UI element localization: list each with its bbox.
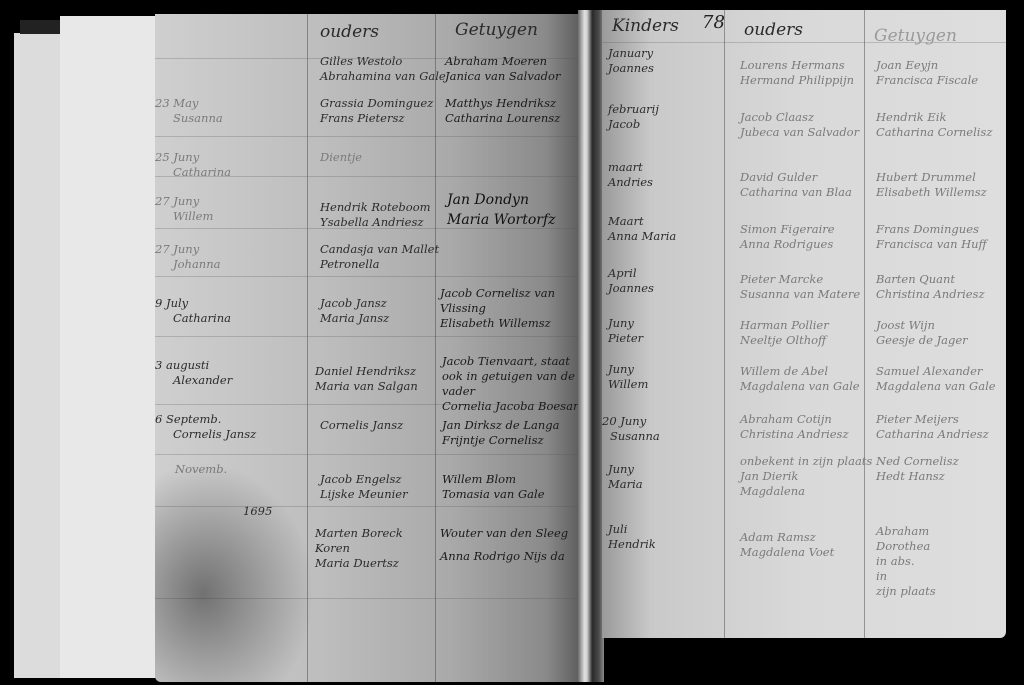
entry-date-child: JanuaryJoannes [608, 46, 654, 76]
entry-date-child: februarijJacob [608, 102, 659, 132]
blank-front-sheet [60, 16, 161, 678]
entry-parents: Dientje [320, 150, 362, 165]
book-gutter [578, 10, 604, 682]
entry-witnesses: Matthys HendrikszCatharina Lourensz [445, 96, 560, 126]
folio-number: 78 [702, 12, 725, 33]
entry-date-child: 25 JunyCatharina [155, 150, 231, 180]
entry-parents: Grassia DominguezFrans Pietersz [320, 96, 433, 126]
entry-parents: Simon FigeraireAnna Rodrigues [740, 222, 835, 252]
entry-witnesses: Barten QuantChristina Andriesz [876, 272, 985, 302]
entry-witnesses: Joan EeyjnFrancisca Fiscale [876, 58, 978, 88]
entry-date-child: 23 MaySusanna [155, 96, 223, 126]
column-divider [307, 14, 308, 682]
entry-parents: Lourens HermansHermand Philippijn [740, 58, 854, 88]
header-witnesses: Getuygen [455, 20, 538, 40]
entry-date-child: 6 Septemb.Cornelis Jansz [155, 412, 256, 442]
row-divider [155, 454, 580, 455]
entry-witnesses: Willem BlomTomasia van Gale [442, 472, 545, 502]
entry-date-child: JunyPieter [608, 316, 643, 346]
entry-witnesses: Abraham MoerenJanica van Salvador [445, 54, 560, 84]
entry-parents: Harman PollierNeeltje Olthoff [740, 318, 829, 348]
row-divider [155, 136, 580, 137]
column-divider [724, 10, 725, 638]
entry-date-child: 27 JunyJohanna [155, 242, 220, 272]
column-divider [864, 10, 865, 638]
right-page: Kinders 78 ouders Getuygen JanuaryJoanne… [602, 10, 1006, 638]
entry-date-child: MaartAnna Maria [608, 214, 676, 244]
entry-parents: David GulderCatharina van Blaa [740, 170, 852, 200]
entry-parents: Adam RamszMagdalena Voet [740, 530, 834, 560]
entry-parents: Cornelis Jansz [320, 418, 403, 433]
entry-witnesses: AbrahamDorotheain abs.inzijn plaats [876, 524, 936, 599]
entry-parents: Abraham CotijnChristina Andriesz [740, 412, 849, 442]
left-page: ouders Getuygen Gilles WestoloAbrahamina… [155, 14, 580, 682]
entry-date-child: 9 JulyCatharina [155, 296, 231, 326]
row-divider [155, 276, 580, 277]
entry-parents: Hendrik RoteboomYsabella Andriesz [320, 200, 431, 230]
entry-witnesses: Hendrik EikCatharina Cornelisz [876, 110, 992, 140]
header-parents: ouders [320, 22, 379, 42]
header-witnesses: Getuygen [874, 26, 957, 46]
entry-witnesses: Jacob Cornelisz vanVlissingElisabeth Wil… [440, 286, 555, 331]
entry-date-child: JunyWillem [608, 362, 648, 392]
entry-witnesses: Frans DominguesFrancisca van Huff [876, 222, 987, 252]
entry-parents: Willem de AbelMagdalena van Gale [740, 364, 860, 394]
column-divider [435, 14, 436, 682]
entry-date-child: maartAndries [608, 160, 653, 190]
entry-witnesses: Hubert DrummelElisabeth Willemsz [876, 170, 987, 200]
entry-date-child: 3 augustiAlexander [155, 358, 232, 388]
entry-parents: Daniel HendrikszMaria van Salgan [315, 364, 418, 394]
entry-date-child: 20 JunySusanna [602, 414, 660, 444]
entry-date-child: JuliHendrik [608, 522, 656, 552]
entry-witnesses: Jan Dirksz de LangaFrijntje Cornelisz [442, 418, 559, 448]
binding-tab [20, 20, 60, 34]
entry-witnesses: Samuel AlexanderMagdalena van Gale [876, 364, 996, 394]
entry-witnesses: Jacob Tienvaart, staatook in getuigen va… [442, 354, 578, 414]
entry-parents: Candasja van MalletPetronella [320, 242, 439, 272]
row-divider [155, 506, 580, 507]
row-divider [155, 598, 580, 599]
entry-date-child: JunyMaria [608, 462, 643, 492]
entry-date-child: 27 JunyWillem [155, 194, 213, 224]
entry-parents: Marten BoreckKorenMaria Duertsz [315, 526, 403, 571]
row-divider [155, 336, 580, 337]
header-children: Kinders [612, 16, 679, 36]
entry-witnesses: Ned CorneliszHedt Hansz [876, 454, 959, 484]
entry-witnesses: Pieter MeijersCatharina Andriesz [876, 412, 989, 442]
entry-witnesses: Wouter van den SleegAnna Rodrigo Nijs da [440, 526, 568, 564]
entry-date-child: AprilJoannes [608, 266, 654, 296]
entry-witnesses: Joost WijnGeesje de Jager [876, 318, 968, 348]
entry-witnesses: Jan DondynMaria Wortorfz [447, 190, 556, 230]
entry-parents: onbekent in zijn plaatsJan DierikMagdale… [740, 454, 872, 499]
entry-year: 1695 [243, 504, 272, 519]
entry-parents: Pieter MarckeSusanna van Matere [740, 272, 860, 302]
entry-parents: Jacob EngelszLijske Meunier [320, 472, 408, 502]
header-parents: ouders [744, 20, 803, 40]
entry-parents: Jacob ClaaszJubeca van Salvador [740, 110, 859, 140]
entry-parents: Jacob JanszMaria Jansz [320, 296, 389, 326]
entry-date-child: Novemb. [175, 462, 227, 477]
entry-parents: Gilles WestoloAbrahamina van Gale [320, 54, 446, 84]
